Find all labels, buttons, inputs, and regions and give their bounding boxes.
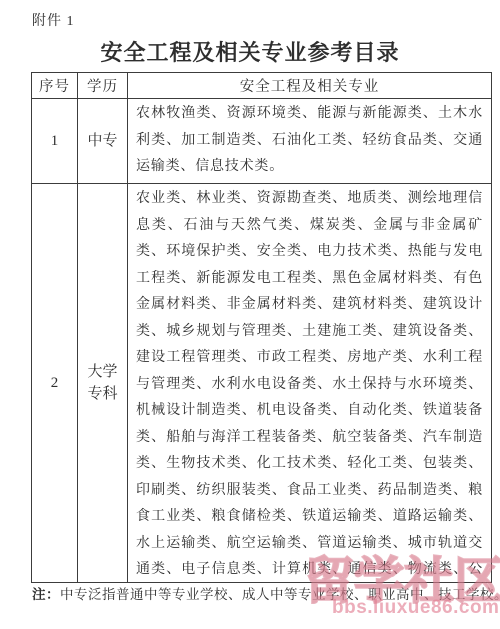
majors-text: 农业类、林业类、资源勘查类、地质类、测绘地理信息类、石油与天然气类、煤炭类、金属… [136,186,483,580]
degree-cell: 中专 [78,99,128,184]
serial-cell: 2 [32,184,78,583]
document-page: 附件 1 安全工程及相关专业参考目录 序号 学历 安全工程及相关专业 1 中专 … [0,0,500,629]
table-row: 1 中专 农林牧渔类、资源环境类、能源与新能源类、土木水利类、加工制造类、石油化… [32,99,492,184]
majors-cell: 农业类、林业类、资源勘查类、地质类、测绘地理信息类、石油与天然气类、煤炭类、金属… [128,184,492,583]
table-row: 2 大学专科 农业类、林业类、资源勘查类、地质类、测绘地理信息类、石油与天然气类… [32,184,492,583]
note-text: 中专泛指普通中等专业学校、成人中等专业学校、职业高中、技工学校。 [60,587,500,602]
note-label: 注： [32,587,60,602]
table-header-row: 序号 学历 安全工程及相关专业 [32,73,492,99]
col-header-majors: 安全工程及相关专业 [128,73,492,99]
majors-text: 农林牧渔类、资源环境类、能源与新能源类、土木水利类、加工制造类、石油化工类、轻纺… [136,101,483,181]
serial-cell: 1 [32,99,78,184]
degree-cell: 大学专科 [78,184,128,583]
page-title: 安全工程及相关专业参考目录 [0,36,500,67]
col-header-degree: 学历 [78,73,128,99]
attachment-label: 附件 1 [32,10,75,30]
col-header-serial: 序号 [32,73,78,99]
note: 注：中专泛指普通中等专业学校、成人中等专业学校、职业高中、技工学校。 [32,583,500,603]
majors-cell: 农林牧渔类、资源环境类、能源与新能源类、土木水利类、加工制造类、石油化工类、轻纺… [128,99,492,184]
majors-table: 序号 学历 安全工程及相关专业 1 中专 农林牧渔类、资源环境类、能源与新能源类… [31,72,492,583]
